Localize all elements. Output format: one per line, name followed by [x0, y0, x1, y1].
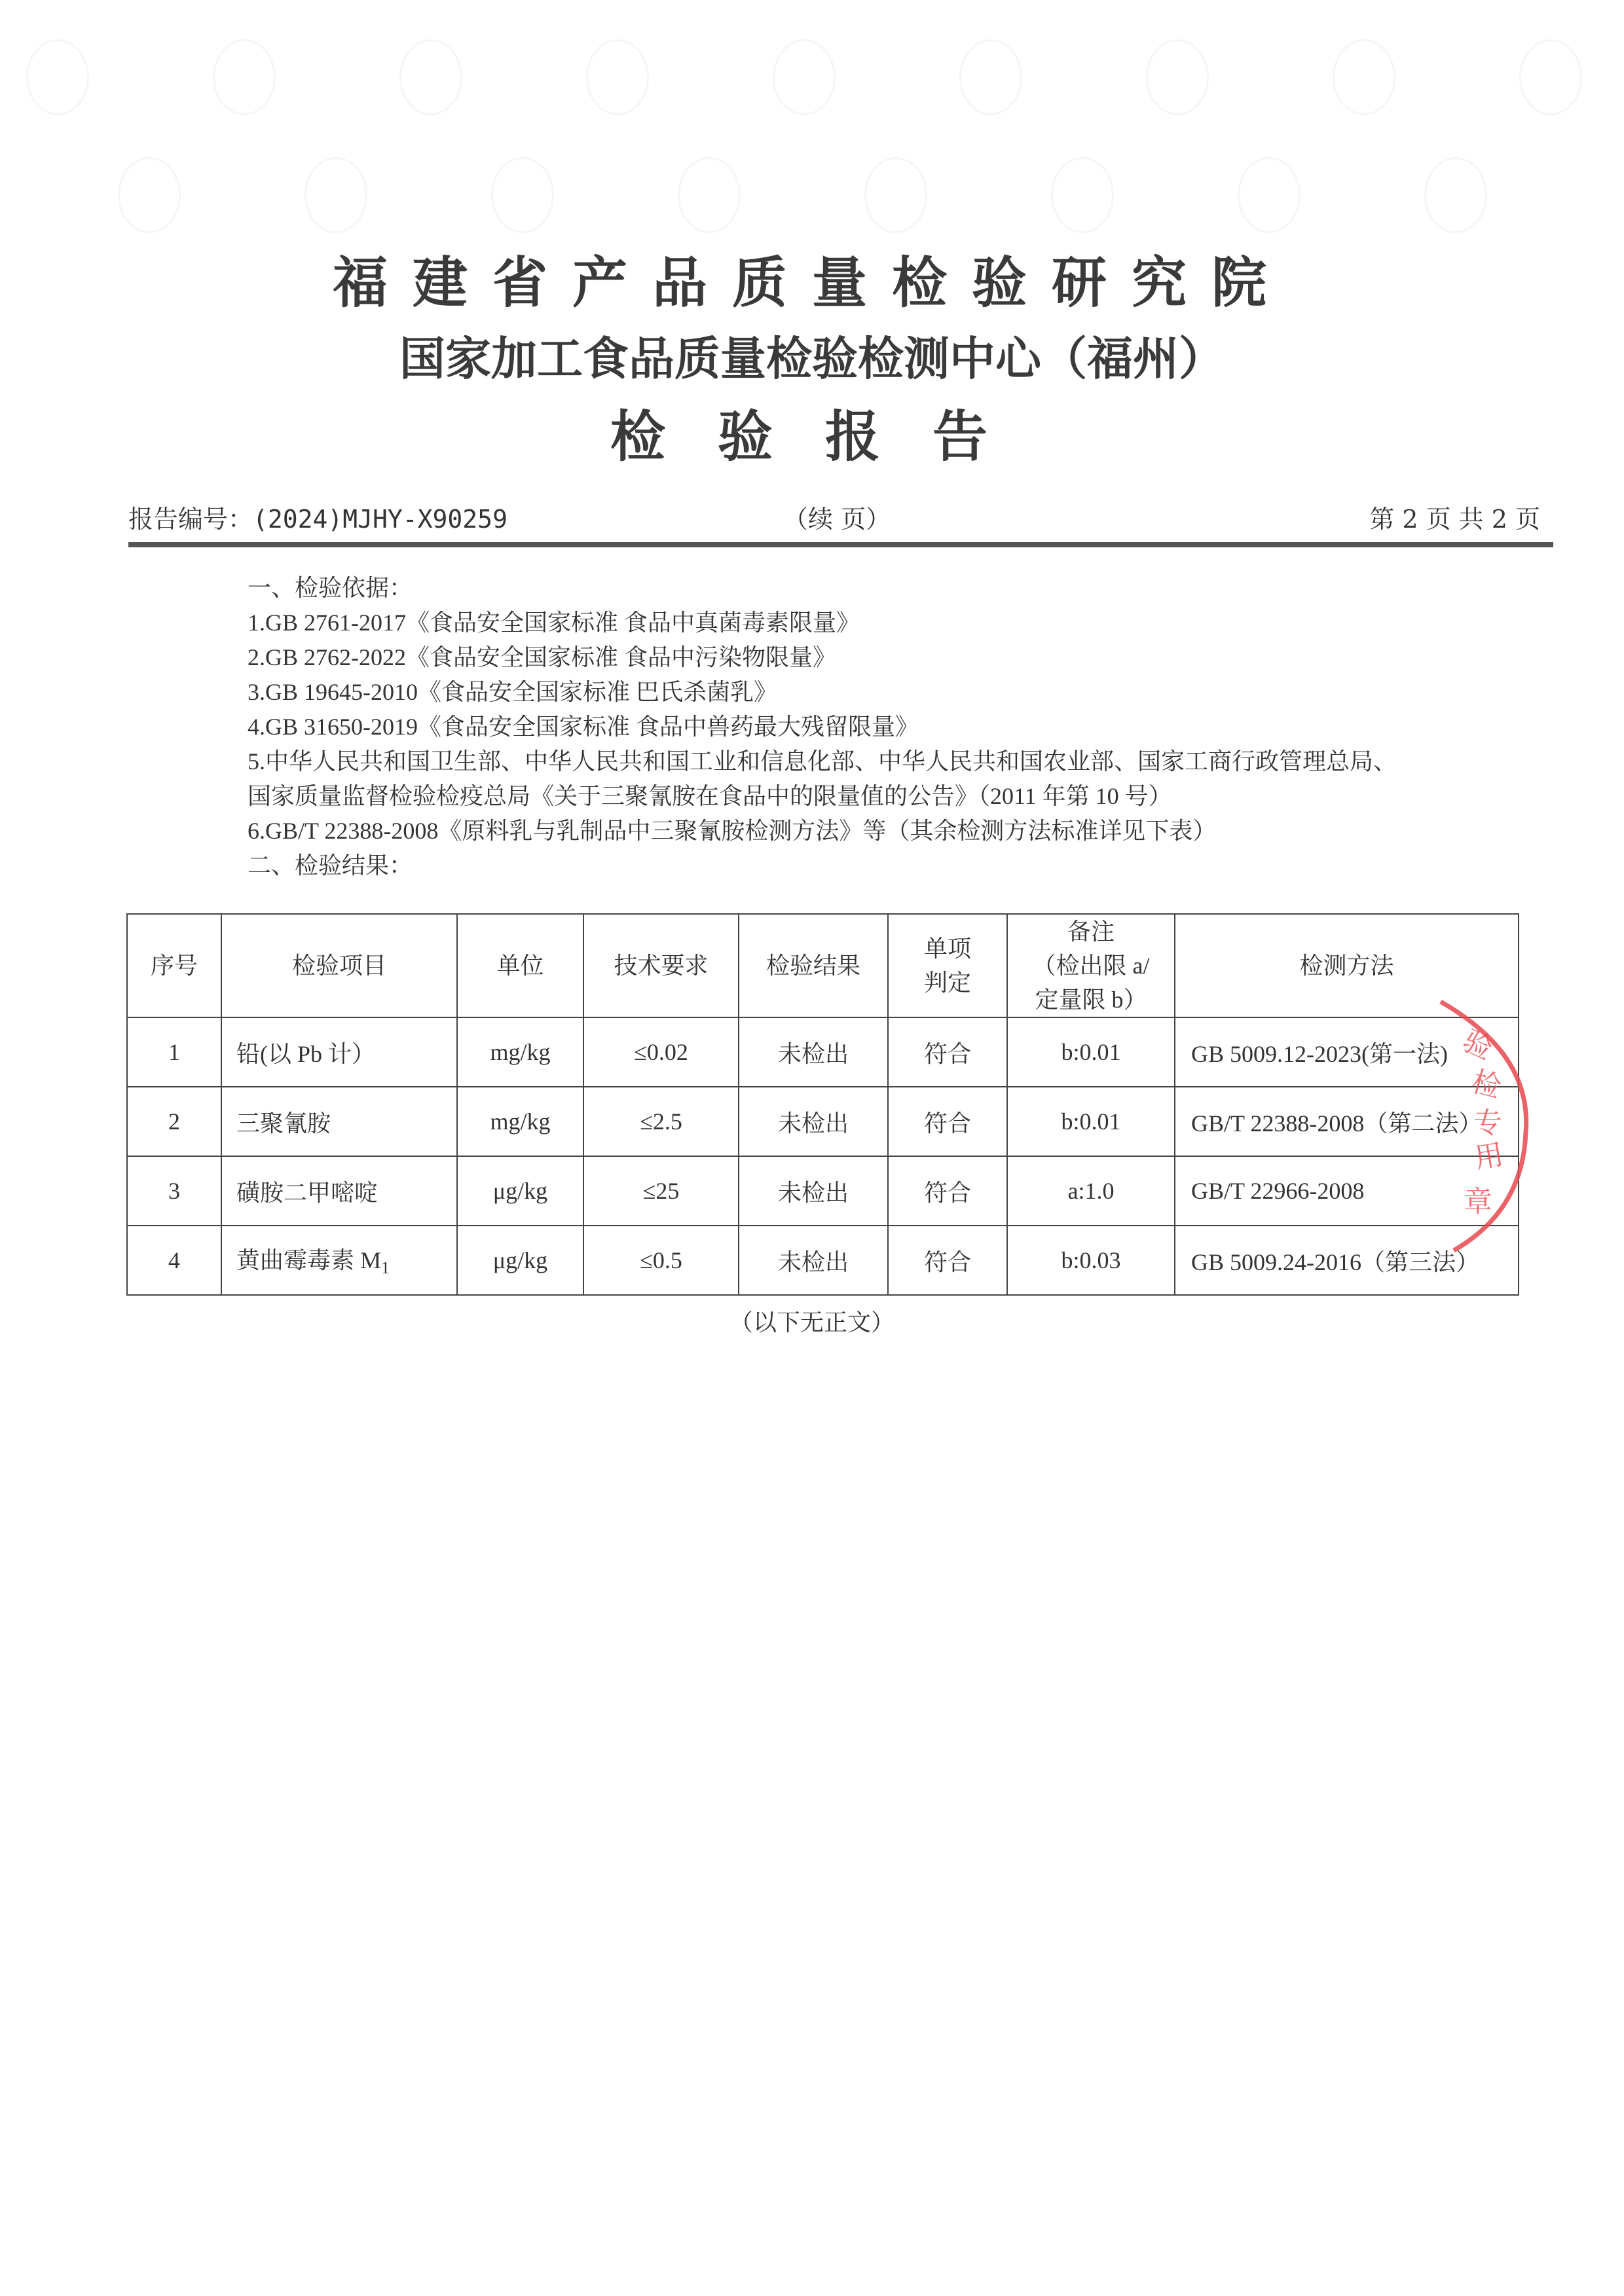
cell-result: 未检出: [739, 1087, 888, 1156]
basis-item: 2.GB 2762-2022《食品安全国家标准 食品中污染物限量》: [248, 640, 1426, 675]
basis-item: 4.GB 31650-2019《食品安全国家标准 食品中兽药最大残留限量》: [248, 710, 1426, 744]
basis-heading: 一、检验依据：: [248, 571, 1426, 606]
col-header-judgement: 单项 判定: [888, 914, 1007, 1017]
cell-result: 未检出: [739, 1017, 888, 1087]
basis-item: 6.GB/T 22388-2008《原料乳与乳制品中三聚氰胺检测方法》等（其余检…: [248, 814, 1426, 848]
report-number-value: (2024)MJHY-X90259: [253, 505, 507, 534]
cell-no: 4: [127, 1226, 221, 1295]
institute-title: 福建省产品质量检验研究院: [0, 239, 1624, 318]
header-divider: [128, 542, 1553, 547]
cell-unit: mg/kg: [457, 1087, 583, 1156]
col-header-item: 检验项目: [221, 914, 457, 1017]
document-title: 检验报告: [0, 393, 1624, 472]
col-header-result: 检验结果: [739, 914, 888, 1017]
cell-method: GB 5009.12-2023(第一法): [1175, 1017, 1519, 1087]
basis-item: 5.中华人民共和国卫生部、中华人民共和国工业和信息化部、中华人民共和国农业部、国…: [248, 744, 1400, 814]
cell-unit: μg/kg: [457, 1226, 583, 1295]
col-header-method: 检测方法: [1175, 914, 1519, 1017]
cell-result: 未检出: [739, 1156, 888, 1226]
remark-header-line: （检出限 a/: [1012, 949, 1170, 983]
col-header-no: 序号: [127, 914, 221, 1017]
cell-remark: b:0.03: [1007, 1226, 1175, 1295]
end-of-text-note: （以下无正文）: [0, 1304, 1624, 1338]
item-subscript: 1: [381, 1259, 390, 1278]
results-table: 序号 检验项目 单位 技术要求 检验结果 单项 判定 备注 （检出限 a/ 定量…: [126, 913, 1519, 1296]
cell-judgement: 符合: [888, 1017, 1007, 1087]
report-number: 报告编号：(2024)MJHY-X90259: [128, 499, 507, 535]
cell-judgement: 符合: [888, 1087, 1007, 1156]
remark-header-line: 定量限 b）: [1012, 983, 1170, 1017]
cell-no: 2: [127, 1087, 221, 1156]
center-subtitle: 国家加工食品质量检验检测中心（福州）: [0, 322, 1624, 388]
col-header-unit: 单位: [457, 914, 583, 1017]
page-indicator: 第 2 页 共 2 页: [1369, 499, 1540, 535]
cell-requirement: ≤25: [583, 1156, 739, 1226]
cell-unit: μg/kg: [457, 1156, 583, 1226]
table-row: 2 三聚氰胺 mg/kg ≤2.5 未检出 符合 b:0.01 GB/T 223…: [127, 1087, 1519, 1156]
cell-item: 黄曲霉毒素 M1: [221, 1226, 457, 1295]
continuation-label: （续 页）: [783, 499, 891, 535]
results-heading: 二、检验结果：: [248, 848, 1426, 883]
cell-result: 未检出: [739, 1226, 888, 1295]
judgement-header-line: 单项: [893, 932, 1003, 966]
cell-method: GB/T 22966-2008: [1175, 1156, 1519, 1226]
cell-no: 3: [127, 1156, 221, 1226]
cell-requirement: ≤2.5: [583, 1087, 739, 1156]
cell-requirement: ≤0.5: [583, 1226, 739, 1295]
col-header-requirement: 技术要求: [583, 914, 739, 1017]
cell-item: 三聚氰胺: [221, 1087, 457, 1156]
cell-no: 1: [127, 1017, 221, 1087]
basis-item: 1.GB 2761-2017《食品安全国家标准 食品中真菌毒素限量》: [248, 606, 1426, 640]
cell-requirement: ≤0.02: [583, 1017, 739, 1087]
cell-item: 铅(以 Pb 计）: [221, 1017, 457, 1087]
col-header-remark: 备注 （检出限 a/ 定量限 b）: [1007, 914, 1175, 1017]
report-number-label: 报告编号：: [128, 505, 253, 534]
judgement-header-line: 判定: [893, 966, 1003, 1000]
cell-remark: b:0.01: [1007, 1017, 1175, 1087]
item-name: 黄曲霉毒素 M: [236, 1247, 381, 1273]
cell-judgement: 符合: [888, 1156, 1007, 1226]
cell-remark: a:1.0: [1007, 1156, 1175, 1226]
basis-item: 3.GB 19645-2010《食品安全国家标准 巴氏杀菌乳》: [248, 675, 1426, 710]
cell-unit: mg/kg: [457, 1017, 583, 1087]
report-info-bar: 报告编号：(2024)MJHY-X90259 （续 页） 第 2 页 共 2 页: [128, 499, 1553, 532]
cell-method: GB/T 22388-2008（第二法）: [1175, 1087, 1519, 1156]
remark-header-line: 备注: [1012, 915, 1170, 949]
table-row: 1 铅(以 Pb 计） mg/kg ≤0.02 未检出 符合 b:0.01 GB…: [127, 1017, 1519, 1087]
cell-method: GB 5009.24-2016（第三法）: [1175, 1226, 1519, 1295]
cell-item: 磺胺二甲嘧啶: [221, 1156, 457, 1226]
table-row: 3 磺胺二甲嘧啶 μg/kg ≤25 未检出 符合 a:1.0 GB/T 229…: [127, 1156, 1519, 1226]
table-header-row: 序号 检验项目 单位 技术要求 检验结果 单项 判定 备注 （检出限 a/ 定量…: [127, 914, 1519, 1017]
cell-judgement: 符合: [888, 1226, 1007, 1295]
cell-remark: b:0.01: [1007, 1087, 1175, 1156]
inspection-basis: 一、检验依据： 1.GB 2761-2017《食品安全国家标准 食品中真菌毒素限…: [248, 571, 1426, 883]
table-row: 4 黄曲霉毒素 M1 μg/kg ≤0.5 未检出 符合 b:0.03 GB 5…: [127, 1226, 1519, 1295]
